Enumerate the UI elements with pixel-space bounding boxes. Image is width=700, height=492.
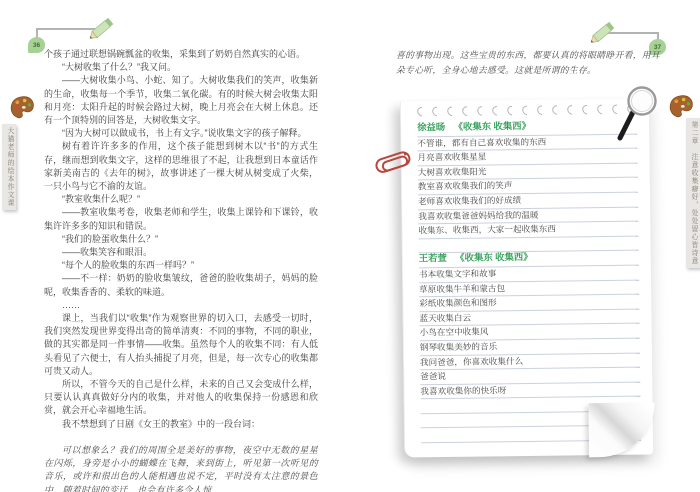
- page-curl: [589, 402, 656, 457]
- sidebar-tab-right: 第二章 注意收集癖好，处处留心皆诗意: [686, 118, 700, 268]
- magnifier-icon: [613, 82, 663, 148]
- right-page-text: 喜的事物出现。这些宝贵的东西，都要认真的将眼睛睁开看，用耳朵专心听，全身心地去感…: [396, 48, 660, 78]
- paragraph: 课上，当我们以“收集”作为观察世界的切入口，去感受一切时，我们突然发现世界变得出…: [44, 312, 318, 378]
- page-number-badge: 36: [28, 37, 45, 53]
- paragraph: “每个人的脸收集的东西一样吗？”: [44, 259, 318, 272]
- poem-title: 《收集东 收集西》: [454, 122, 531, 133]
- ellipsis-paragraph: ……: [44, 299, 318, 312]
- poem-author: 徐益旸: [417, 123, 445, 133]
- paragraph: 所以，不管今天的自己是什么样，未来的自己又会变成什么样，只要认认真真做好分内的收…: [44, 378, 318, 418]
- paragraph: 我不禁想到了日剧《女王的教室》中的一段台词：: [44, 418, 318, 431]
- quote-paragraph: 可以想象么？我们的周围全是美好的事物，夜空中无数的星星在闪烁，身旁是小小的蝴蝶在…: [44, 444, 318, 492]
- paragraph: “大树收集了什么？”我又问。: [44, 61, 318, 74]
- quote-continuation: 喜的事物出现。这些宝贵的东西，都要认真的将眼睛睁开看，用耳朵专心听，全身心地去感…: [396, 48, 660, 78]
- poem-title: 《收集东 收集西》: [455, 253, 532, 264]
- paragraph: ——收集笑容和眼泪。: [44, 246, 318, 259]
- notebook-rows: 徐益旸 《收集东 收集西》 不管谁，都有自己喜欢收集的东西 月亮喜欢收集星星 大…: [401, 116, 653, 443]
- notebook: 徐益旸 《收集东 收集西》 不管谁，都有自己喜欢收集的东西 月亮喜欢收集星星 大…: [400, 98, 653, 457]
- poem-author: 王若萱: [419, 254, 447, 264]
- book-spread: 36 大猫老师的绘本作文课 个孩子通过联想锅碗瓢盆的收集，采集到了: [0, 0, 700, 492]
- chapter-title: 第二章 注意收集癖好，处处留心皆诗意: [686, 121, 700, 265]
- paragraph: “我们的脸蛋收集什么？”: [44, 233, 318, 246]
- paragraph: “因为大树可以做成书，书上有文字。”说收集文字的孩子解释。: [44, 127, 318, 140]
- book-series-title: 大猫老师的绘本作文课: [2, 127, 16, 207]
- paragraph: 个孩子通过联想锅碗瓢盆的收集，采集到了奶奶自然真实的心语。: [44, 48, 318, 61]
- pencil-icon: [79, 9, 121, 51]
- left-page-text: 个孩子通过联想锅碗瓢盆的收集，采集到了奶奶自然真实的心语。 “大树收集了什么？”…: [44, 48, 318, 492]
- palette-icon: [9, 95, 36, 119]
- paragraph: ——大树收集小鸟、小蛇、知了。大树收集我们的笑声，收集新的生命，收集每一个季节，…: [44, 74, 318, 127]
- paragraph: ——不一样：奶奶的脸收集皱纹，爸爸的脸收集胡子，妈妈的脸呢，收集香香的、柔软的味…: [44, 272, 318, 298]
- paragraph: 树有着许许多多的作用，这个孩子能想到树木以“书”的方式生存，继而想到收集文字，这…: [44, 140, 318, 193]
- paragraph: “教室收集什么呢？”: [44, 193, 318, 206]
- sidebar-tab-left: 大猫老师的绘本作文课: [2, 124, 16, 210]
- palette-icon: [668, 94, 695, 118]
- paragraph: ——教室收集考卷，收集老师和学生，收集上课铃和下课铃，收集许许多多的知识和错误。: [44, 206, 318, 232]
